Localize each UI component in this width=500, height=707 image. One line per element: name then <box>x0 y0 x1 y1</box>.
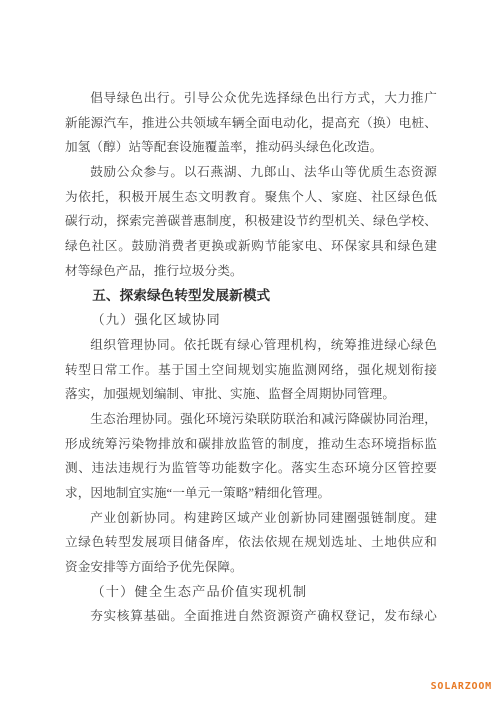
text-line: 立绿色转型发展项目储备库，依法依规在规划选址、土地供应和 <box>65 530 437 555</box>
document-page: 倡导绿色出行。引导公众优先选择绿色出行方式，大力推广 新能源汽车，推进公共领域车… <box>0 0 500 707</box>
text-line: 夯实核算基础。全面推进自然资源资产确权登记，发布绿心 <box>65 604 437 629</box>
text-line: 绿色社区。鼓励消费者更换或新购节能家电、环保家具和绿色建 <box>65 234 437 259</box>
text-line: 为依托，积极开展生态文明教育。聚焦个人、家庭、社区绿色低 <box>65 185 437 210</box>
text-line: 产业创新协同。构建跨区域产业创新协同建圈强链制度。建 <box>65 506 437 531</box>
text-line: 加氢（醇）站等配套设施覆盖率，推动码头绿色化改造。 <box>65 135 437 160</box>
text-line: 鼓励公众参与。以石燕湖、九郎山、法华山等优质生态资源 <box>65 160 437 185</box>
text-line: 组织管理协同。依托既有绿心管理机构，统筹推进绿心绿色 <box>65 333 437 358</box>
text-line: 材等绿色产品，推行垃圾分类。 <box>65 259 437 284</box>
text-line: 求，因地制宜实施“一单元一策略”精细化管理。 <box>65 481 437 506</box>
text-line: 资金安排等方面给予优先保障。 <box>65 555 437 580</box>
subsection-heading: （十）健全生态产品价值实现机制 <box>65 580 437 605</box>
text-line: 落实，加强规划编制、审批、实施、监督全周期协同管理。 <box>65 382 437 407</box>
subsection-heading: （九）强化区域协同 <box>65 308 437 333</box>
text-line: 碳行动，探索完善碳普惠制度，积极建设节约型机关、绿色学校、 <box>65 209 437 234</box>
text-line: 测、违法违规行为监管等功能数字化。落实生态环境分区管控要 <box>65 456 437 481</box>
text-line: 生态治理协同。强化环境污染联防联治和减污降碳协同治理， <box>65 407 437 432</box>
text-line: 新能源汽车，推进公共领域车辆全面电动化，提高充（换）电桩、 <box>65 111 437 136</box>
text-line: 转型日常工作。基于国土空间规划实施监测网络，强化规划衔接 <box>65 358 437 383</box>
section-heading: 五、探索绿色转型发展新模式 <box>65 284 437 309</box>
document-body: 倡导绿色出行。引导公众优先选择绿色出行方式，大力推广 新能源汽车，推进公共领域车… <box>65 86 437 629</box>
text-line: 倡导绿色出行。引导公众优先选择绿色出行方式，大力推广 <box>65 86 437 111</box>
text-line: 形成统筹污染物排放和碳排放监管的制度，推动生态环境指标监 <box>65 432 437 457</box>
watermark-solarzoom: SOLARZOOM <box>431 681 492 692</box>
